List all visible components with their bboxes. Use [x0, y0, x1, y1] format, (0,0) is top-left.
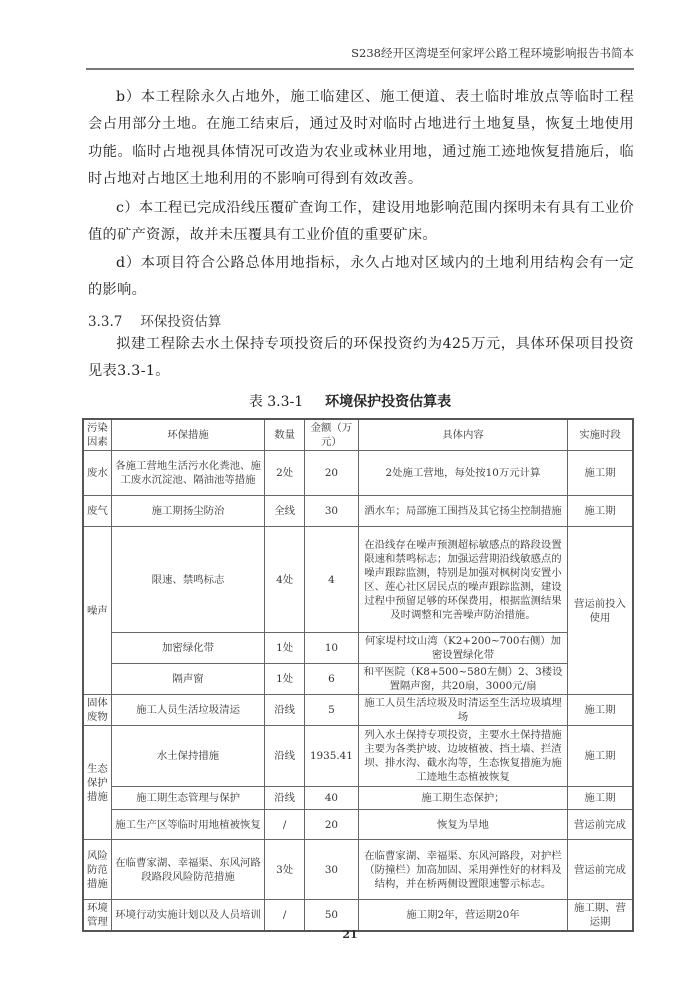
section-title: 环保投资估算	[140, 314, 221, 330]
paragraph-b: b）本工程除永久占地外，施工临建区、施工便道、表土临时堆放点等临时工程会占用部分…	[88, 84, 634, 193]
table-row: 环境管理 环境行动实施计划以及人员培训 / 50 施工期2年，营运期20年 施工…	[83, 900, 633, 932]
table-row: 噪声 限速、禁鸣标志 4处 4 在沿线存在噪声预测超标敏感点的路段设置限速和禁鸣…	[83, 527, 633, 633]
paragraph-d: d）本项目符合公路总体用地指标，永久占地对区域内的土地利用结构会有一定的影响。	[88, 250, 634, 305]
page-number: 21	[0, 928, 700, 941]
investment-table: 污染因素 环保措施 数量 金额（万元） 具体内容 实施时段 废水 各施工营地生活…	[82, 418, 634, 932]
paragraph-c: c）本工程已完成沿线压覆矿查询工作，建设用地影响范围内探明未有具有工业价值的矿产…	[88, 195, 634, 250]
table-caption: 表 3.3-1环境保护投资估算表	[0, 391, 700, 411]
table-row: 固体废物 施工人员生活垃圾清运 沿线 5 施工人员生活垃圾及时清运至生活垃圾填埋…	[83, 695, 633, 726]
table-row: 加密绿化带 1处 10 何家堤村坟山湾（K2+200~700右侧）加密设置绿化带	[83, 633, 633, 664]
document-title: S238经开区湾堤至何家坪公路工程环境影响报告书简本	[351, 46, 634, 60]
intro-paragraph: 拟建工程除去水土保持专项投资后的环保投资约为425万元，具体环保项目投资见表3.…	[88, 331, 634, 386]
table-row: 施工期生态管理与保护 沿线 40 施工期生态保护； 施工期	[83, 787, 633, 810]
header-cell: 实施时段	[567, 419, 633, 451]
header-cell: 金额（万元）	[304, 419, 358, 451]
table-title: 环境保护投资估算表	[325, 394, 451, 410]
table-row: 废水 各施工营地生活污水化粪池、施工废水沉淀池、隔油池等措施 2处 20 2处施…	[83, 451, 633, 496]
table-row: 废气 施工期扬尘防治 全线 30 洒水车；局部施工围挡及其它扬尘控制措施 施工期	[83, 496, 633, 527]
header-cell: 环保措施	[111, 419, 265, 451]
table-number: 表 3.3-1	[249, 394, 303, 410]
section-heading: 3.3.7环保投资估算	[88, 310, 221, 330]
section-number: 3.3.7	[88, 314, 122, 330]
header-cell: 具体内容	[359, 419, 568, 451]
table-header-row: 污染因素 环保措施 数量 金额（万元） 具体内容 实施时段	[83, 419, 633, 451]
header-cell: 污染因素	[83, 419, 111, 451]
table-row: 隔声窗 1处 6 和平医院（K8+500~580左侧）2、3楼设置隔声窗，共20…	[83, 664, 633, 695]
table-row: 风险防范措施 在临曹家湖、幸福渠、东风河路段路段风险防范措施 3处 30 在临曹…	[83, 840, 633, 900]
running-header: S238经开区湾堤至何家坪公路工程环境影响报告书简本	[86, 42, 634, 70]
header-cell: 数量	[265, 419, 305, 451]
table-row: 生态保护措施 水土保持措施 沿线 1935.41 列入水土保持专项投资，主要水土…	[83, 726, 633, 787]
table-row: 施工生产区等临时用地植被恢复 / 20 恢复为旱地 营运前完成	[83, 810, 633, 840]
